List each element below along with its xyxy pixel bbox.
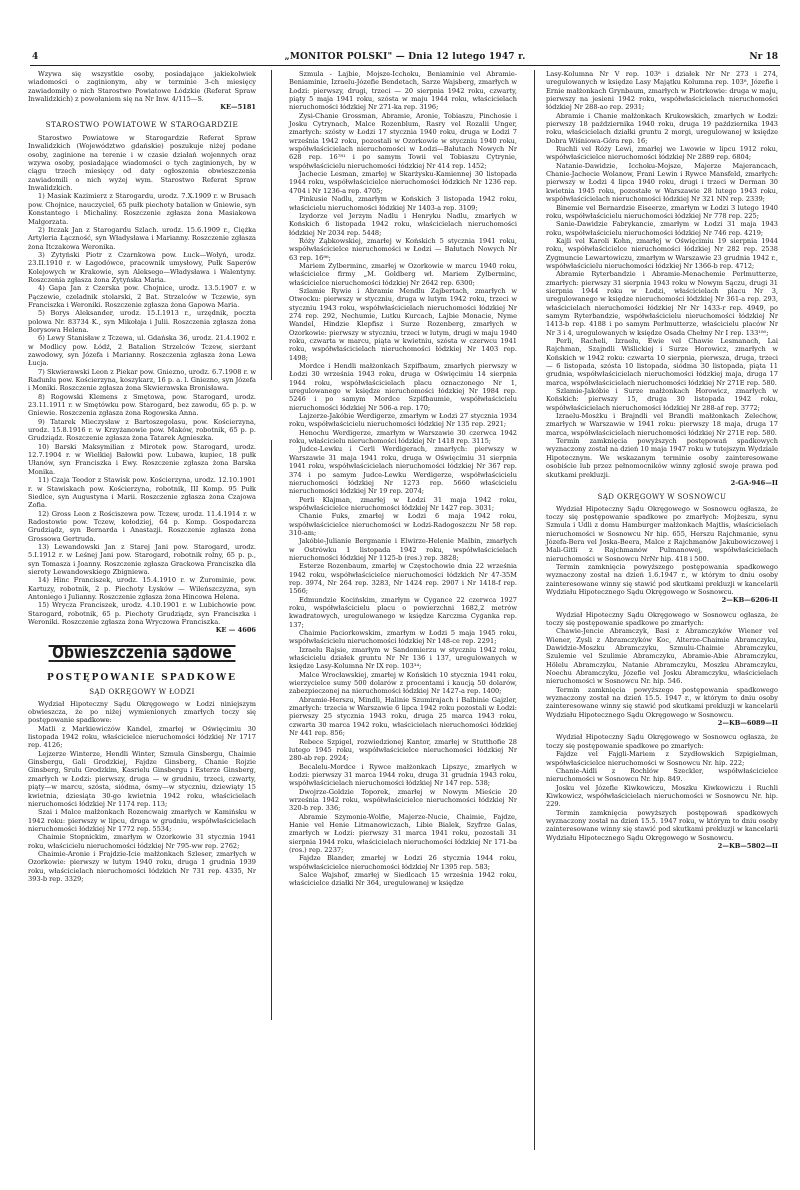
notice-paragraph: Wzywa się wszystkie osoby, posiadające j… [28, 70, 256, 103]
person-entry: 4) Gapa Jan z Czerska pow. Chojnice, uro… [28, 284, 256, 309]
court-paragraph: Izraelu Rajsie, zmarłym w Sandomierzu w … [289, 646, 517, 671]
court-paragraph: Szlamie-Jakóbie i Surze małżonkach Horow… [546, 387, 778, 412]
person-entry: 3) Zytyński Piotr z Czarnkowa pow. Łuck—… [28, 251, 256, 284]
column-divider [271, 440, 272, 1020]
person-entry: 1) Masiak Kazimierz z Starogardu, urodz.… [28, 192, 256, 225]
court-paragraph: Chanie-Aidli z Rochlów Szeckler, współwł… [546, 767, 778, 784]
court-paragraph: Lasy-Kolumna Nr V rep. 103⁸ i działek Nr… [546, 70, 778, 112]
person-entry: 11) Czaja Teodor z Stawisk pow. Kościerz… [28, 476, 256, 509]
court-paragraph: Abramie-Herszu, Mindli, Halinie Szumiraj… [289, 696, 517, 738]
person-entry: 6) Lewy Stanisław z Tczewa, ul. Gdańska … [28, 334, 256, 367]
column-1: Wzywa się wszystkie osoby, posiadające j… [28, 70, 256, 883]
notice-paragraph: Starostwo Powiatowe w Starogardzie Refer… [28, 134, 256, 192]
court-paragraph: Chaimie-Aronie i Frajdzie-Icie małżonkac… [28, 850, 256, 883]
court-paragraph: Edmundzie Kocińskim, zmarłym w Cygance 2… [289, 596, 517, 629]
page-header: 4 „MONITOR POLSKI" — Dnia 12 lutego 1947… [30, 53, 780, 66]
court-paragraph: Szmula - Lajbie, Mojsze-Icchoku, Beniami… [289, 70, 517, 112]
court-paragraph: Szai i Malce małżonkach Rozencwaig zmarł… [28, 808, 256, 833]
court-paragraph: Perli, Racheli, Izraelu, Ewie vel Chawie… [546, 337, 778, 387]
notice-signature: 2-GA-946—II [546, 479, 778, 487]
court-paragraph: Szlamie Rywie i Abramie Mendlu Zajbertac… [289, 287, 517, 362]
section-title: POSTĘPOWANIE SPADKOWE [28, 674, 256, 682]
person-entry: 7) Skwierawski Leon z Piekar pow. Gniezn… [28, 368, 256, 393]
court-paragraph: Izraelu-Mosżku i Brajndli vel Brandli ma… [546, 412, 778, 437]
court-paragraph: Abramie i Chanie małżonkach Krukowskich,… [546, 112, 778, 145]
court-paragraph: Wydział Hipoteczny Sądu Okręgowego w Sos… [546, 733, 778, 750]
court-paragraph: Jachecie Lesman, zmarłej w Skarżysku-Kam… [289, 170, 517, 195]
court-paragraph: Kajli vel Karoli Kohn, zmarłej w Oświęci… [546, 237, 778, 270]
person-entry: 12) Gross Leon z Rościszewa pow. Tczew, … [28, 510, 256, 543]
column-2: Szmula - Lajbie, Mojsze-Icchoku, Beniami… [289, 70, 517, 888]
court-paragraph: Malce Wrocławskiej, zmarłej w Końskich 1… [289, 671, 517, 696]
court-paragraph: Esterze Rozenbaum, zmarłej w Częstochowi… [289, 562, 517, 595]
section-heading-starogard: STAROSTWO POWIATOWE W STAROGARDZIE [28, 121, 256, 129]
court-paragraph: Lejzerze Winterze, Hendli Winter, Szmula… [28, 750, 256, 808]
person-entry: 8) Rogowski Klemens z Smętowa, pow. Star… [28, 393, 256, 418]
court-paragraph: Izydorze vel Jerzym Nadlu i Henryku Nadl… [289, 212, 517, 237]
issue-number: Nr 18 [749, 52, 778, 62]
court-paragraph: Mariem Zylberminc, zmarłej w Ozorkowie w… [289, 262, 517, 287]
court-paragraph: Ruchli vel Róży Lewi, zmarłej we Lwowie … [546, 145, 778, 162]
court-paragraph: Chaimie Stopnickim, zmarłym w Ozorkowie … [28, 833, 256, 850]
notice-signature: KE — 4606 [28, 626, 256, 634]
court-paragraph: Chanie Fuks, zmarłej w Łodzi 6 maja 1942… [289, 512, 517, 537]
court-paragraph: Wydział Hipoteczny Sądu Okręgowego w Łod… [28, 700, 256, 725]
court-paragraph: Judce-Lewku i Cerli Werdigerach, zmarłyc… [289, 445, 517, 495]
person-entry: 15) Wrycza Franciszek, urodz. 4.10.1901 … [28, 601, 256, 626]
court-paragraph: Becalelu-Mordce i Rywce małżonkach Lipsz… [289, 763, 517, 788]
court-heading-sosnowiec: SĄD OKRĘGOWY W SOSNOWCU [546, 493, 778, 501]
court-paragraph: Fajdze Blander, zmarłej w Łodzi 26 stycz… [289, 854, 517, 871]
person-entry: 14) Hinc Franciszek, urodz. 15.4.1910 r.… [28, 576, 256, 601]
court-paragraph: Josku vel Józefie Kiwkowiczu, Moszku Kiw… [546, 784, 778, 809]
court-paragraph: Termin zamknięcia powyższego postępowani… [546, 686, 778, 719]
court-paragraph: Sanie-Dawidzie Fabrykancie, zmarłym w Ło… [546, 220, 778, 237]
court-paragraph: Abramie Ryterbandzie i Abramie-Menachemi… [546, 270, 778, 337]
section-banner: Obwieszczenia sądowe [49, 645, 236, 662]
court-paragraph: Termin zamknięcia powyższych postępowań … [546, 437, 778, 479]
court-paragraph: Termin zamknięcia powyższego postępowani… [546, 563, 778, 596]
court-paragraph: Natanie-Dawidzie, Icchoku-Mojsze, Majerz… [546, 162, 778, 204]
court-paragraph: Róży Ząbkowskiej, zmarłej w Końskich 5 s… [289, 237, 517, 262]
person-entry: 9) Tatarek Mieczysław z Bartoszegolasu, … [28, 418, 256, 443]
court-paragraph: Abramie Szymonie-Wolfie, Majerze-Nucie, … [289, 813, 517, 855]
notice-signature: 2—KB—6089—II [546, 719, 778, 727]
notice-signature: 2—KB—6206-II [546, 596, 778, 604]
court-paragraph: Henochu Werdigerze, zmarłym w Warszawie … [289, 429, 517, 446]
court-paragraph: Dwojrze-Goldzie Toporek, zmarłej w Nowym… [289, 788, 517, 813]
court-paragraph: Pinkusie Nadlu, zmarłym w Końskich 3 lis… [289, 195, 517, 212]
notice-signature: KE—5181 [28, 103, 256, 111]
column-divider [271, 70, 272, 380]
court-paragraph: Lajzerze-Jakóbie Werdigerze, zmarłym w Ł… [289, 412, 517, 429]
court-paragraph: Matli z Markiewiczów Kandel, zmarłej w O… [28, 725, 256, 750]
court-paragraph: Fajdze vel Fajgli-Mariem z Szydłowskich … [546, 750, 778, 767]
court-paragraph: Binemie vel Bernardzie Eiseerze, zmarłym… [546, 204, 778, 221]
court-paragraph: Rebece Szpigel, rozwiedzionej Kantor, zm… [289, 738, 517, 763]
court-paragraph: Chaimie Paciorkowskim, zmarłym w Łodzi 5… [289, 629, 517, 646]
court-paragraph: Zysi-Chanie Grossman, Abramie, Aronie, T… [289, 112, 517, 170]
court-paragraph: Wydział Hipoteczny Sądu Okręgowego w Sos… [546, 611, 778, 628]
court-paragraph: Jakóbie-Julianie Bergmanie i Elwirze-Hel… [289, 537, 517, 562]
court-paragraph: Wydział Hipoteczny Sądu Okręgowego w Sos… [546, 505, 778, 563]
person-entry: 5) Borys Aleksander, urodz. 15.I.1913 r.… [28, 309, 256, 334]
court-heading-lodz: SĄD OKRĘGOWY W ŁODZI [28, 688, 256, 696]
column-divider [534, 70, 535, 1150]
court-paragraph: Mordce i Hendli małżonkach Szpifbaum, zm… [289, 362, 517, 412]
person-entry: 2) Itczak Jan z Starogardu Szlach. urodz… [28, 226, 256, 251]
court-paragraph: Perli Klajman, zmarłej w Łodzi 31 maja 1… [289, 496, 517, 513]
court-paragraph: Termin zamknięcia powyższych postępowań … [546, 809, 778, 842]
notice-signature: 2—KB—5802—II [546, 842, 778, 850]
person-entry: 10) Barski Maksymilian z Mirotek pow. St… [28, 443, 256, 476]
column-3: Lasy-Kolumna Nr V rep. 103⁸ i działek Nr… [546, 70, 778, 850]
court-paragraph: Chawie-Jencie Abramczyk, Basi z Abramczy… [546, 627, 778, 685]
court-paragraph: Salce Wajshof, zmarłej w Siedlcach 15 wr… [289, 871, 517, 888]
publication-title: „MONITOR POLSKI" — Dnia 12 lutego 1947 r… [30, 52, 780, 62]
person-entry: 13) Lewandowski Jan z Starej Jani pow. S… [28, 543, 256, 576]
